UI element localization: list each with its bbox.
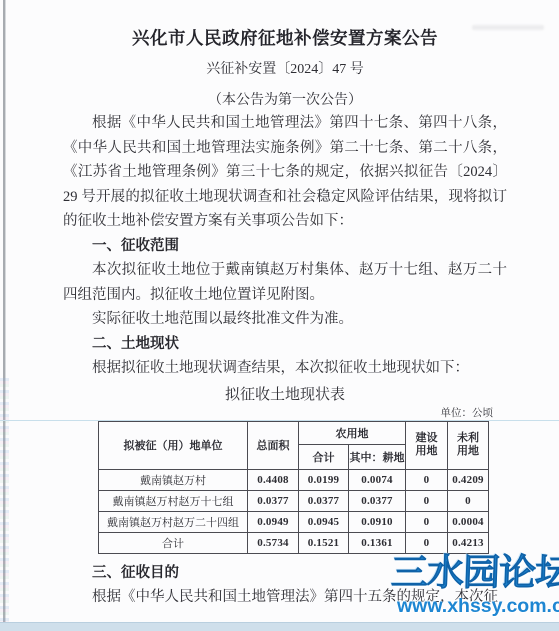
cell-unused: 0.4213	[448, 532, 489, 553]
cell-unit: 戴南镇赵万村赵万十七组	[99, 490, 248, 511]
cell-agri-total: 0.0377	[299, 490, 349, 511]
cell-unused: 0.0004	[448, 511, 489, 532]
cell-total: 0.5734	[248, 532, 299, 553]
section1-heading: 一、征收范围	[63, 234, 507, 259]
cell-unit: 戴南镇赵万村赵万二十四组	[99, 511, 248, 532]
table-row-total: 合计 0.5734 0.1521 0.1361 0 0.4213	[99, 532, 489, 553]
section3-heading: 三、征收目的	[63, 561, 507, 586]
cell-unused: 0	[448, 490, 489, 511]
cell-agri-total: 0.0945	[299, 511, 349, 532]
unit-label: 单位：公顷	[63, 406, 507, 421]
section1-paragraph2: 实际征收土地范围以最终批准文件为准。	[63, 307, 507, 332]
cell-total: 0.4408	[248, 469, 299, 490]
col-header-agri: 农用地	[299, 421, 406, 444]
section1-paragraph1: 本次拟征收土地位于戴南镇赵万村集体、赵万十七组、赵万二十四组范围内。拟征收土地位…	[63, 258, 507, 307]
table-row: 戴南镇赵万村赵万二十四组 0.0949 0.0945 0.0910 0 0.00…	[99, 511, 489, 532]
cell-cultivated: 0.1361	[349, 532, 406, 553]
cell-construction: 0	[406, 532, 448, 553]
cell-cultivated: 0.0074	[349, 469, 406, 490]
scan-noise-artifact	[0, 378, 9, 623]
cell-unused: 0.4209	[448, 469, 489, 490]
cell-cultivated: 0.0910	[349, 511, 406, 532]
col-header-construction: 建设 用地	[406, 421, 448, 469]
cell-total: 0.0377	[248, 490, 299, 511]
table-row: 戴南镇赵万村赵万十七组 0.0377 0.0377 0.0377 0 0	[99, 490, 489, 511]
col-header-total-area: 总面积	[248, 421, 299, 469]
land-status-table: 拟被征（用）地单位 总面积 农用地 建设 用地 未利 用地 合计 其中：耕地 戴…	[98, 421, 489, 554]
cell-construction: 0	[406, 469, 448, 490]
cell-unit: 戴南镇赵万村	[99, 469, 248, 490]
first-notice-note: （本公告为第一次公告）	[63, 91, 507, 111]
cell-total: 0.0949	[248, 511, 299, 532]
land-table-title: 拟征收土地现状表	[63, 384, 507, 406]
page-title: 兴化市人民政府征地补偿安置方案公告	[63, 26, 507, 50]
col-header-agri-cultivated: 其中：耕地	[349, 444, 406, 469]
table-row: 戴南镇赵万村 0.4408 0.0199 0.0074 0 0.4209	[99, 469, 489, 490]
cell-cultivated: 0.0377	[349, 490, 406, 511]
section3-paragraph1: 根据《中华人民共和国土地管理法》第四十五条的规定，本次征	[63, 585, 507, 610]
cell-construction: 0	[406, 511, 448, 532]
doc-number: 兴征补安置〔2024〕47 号	[63, 60, 507, 80]
document-body: 兴化市人民政府征地补偿安置方案公告 兴征补安置〔2024〕47 号 （本公告为第…	[63, 0, 507, 610]
intro-paragraph: 根据《中华人民共和国土地管理法》第四十七条、第四十八条，《中华人民共和国土地管理…	[63, 111, 507, 234]
scan-bottom-strip	[0, 622, 559, 631]
col-header-agri-subtotal: 合计	[299, 444, 349, 469]
cell-construction: 0	[406, 490, 448, 511]
cell-agri-total: 0.0199	[299, 469, 349, 490]
cell-agri-total: 0.1521	[299, 532, 349, 553]
col-header-unit: 拟被征（用）地单位	[99, 421, 248, 469]
section2-paragraph1: 根据拟征收土地现状调查结果，本次拟征收土地现状如下：	[63, 356, 507, 381]
cell-unit: 合计	[99, 532, 248, 553]
col-header-unused: 未利 用地	[448, 421, 489, 469]
scanned-document-page: 兴化市人民政府征地补偿安置方案公告 兴征补安置〔2024〕47 号 （本公告为第…	[0, 0, 559, 631]
section2-heading: 二、土地现状	[63, 332, 507, 357]
